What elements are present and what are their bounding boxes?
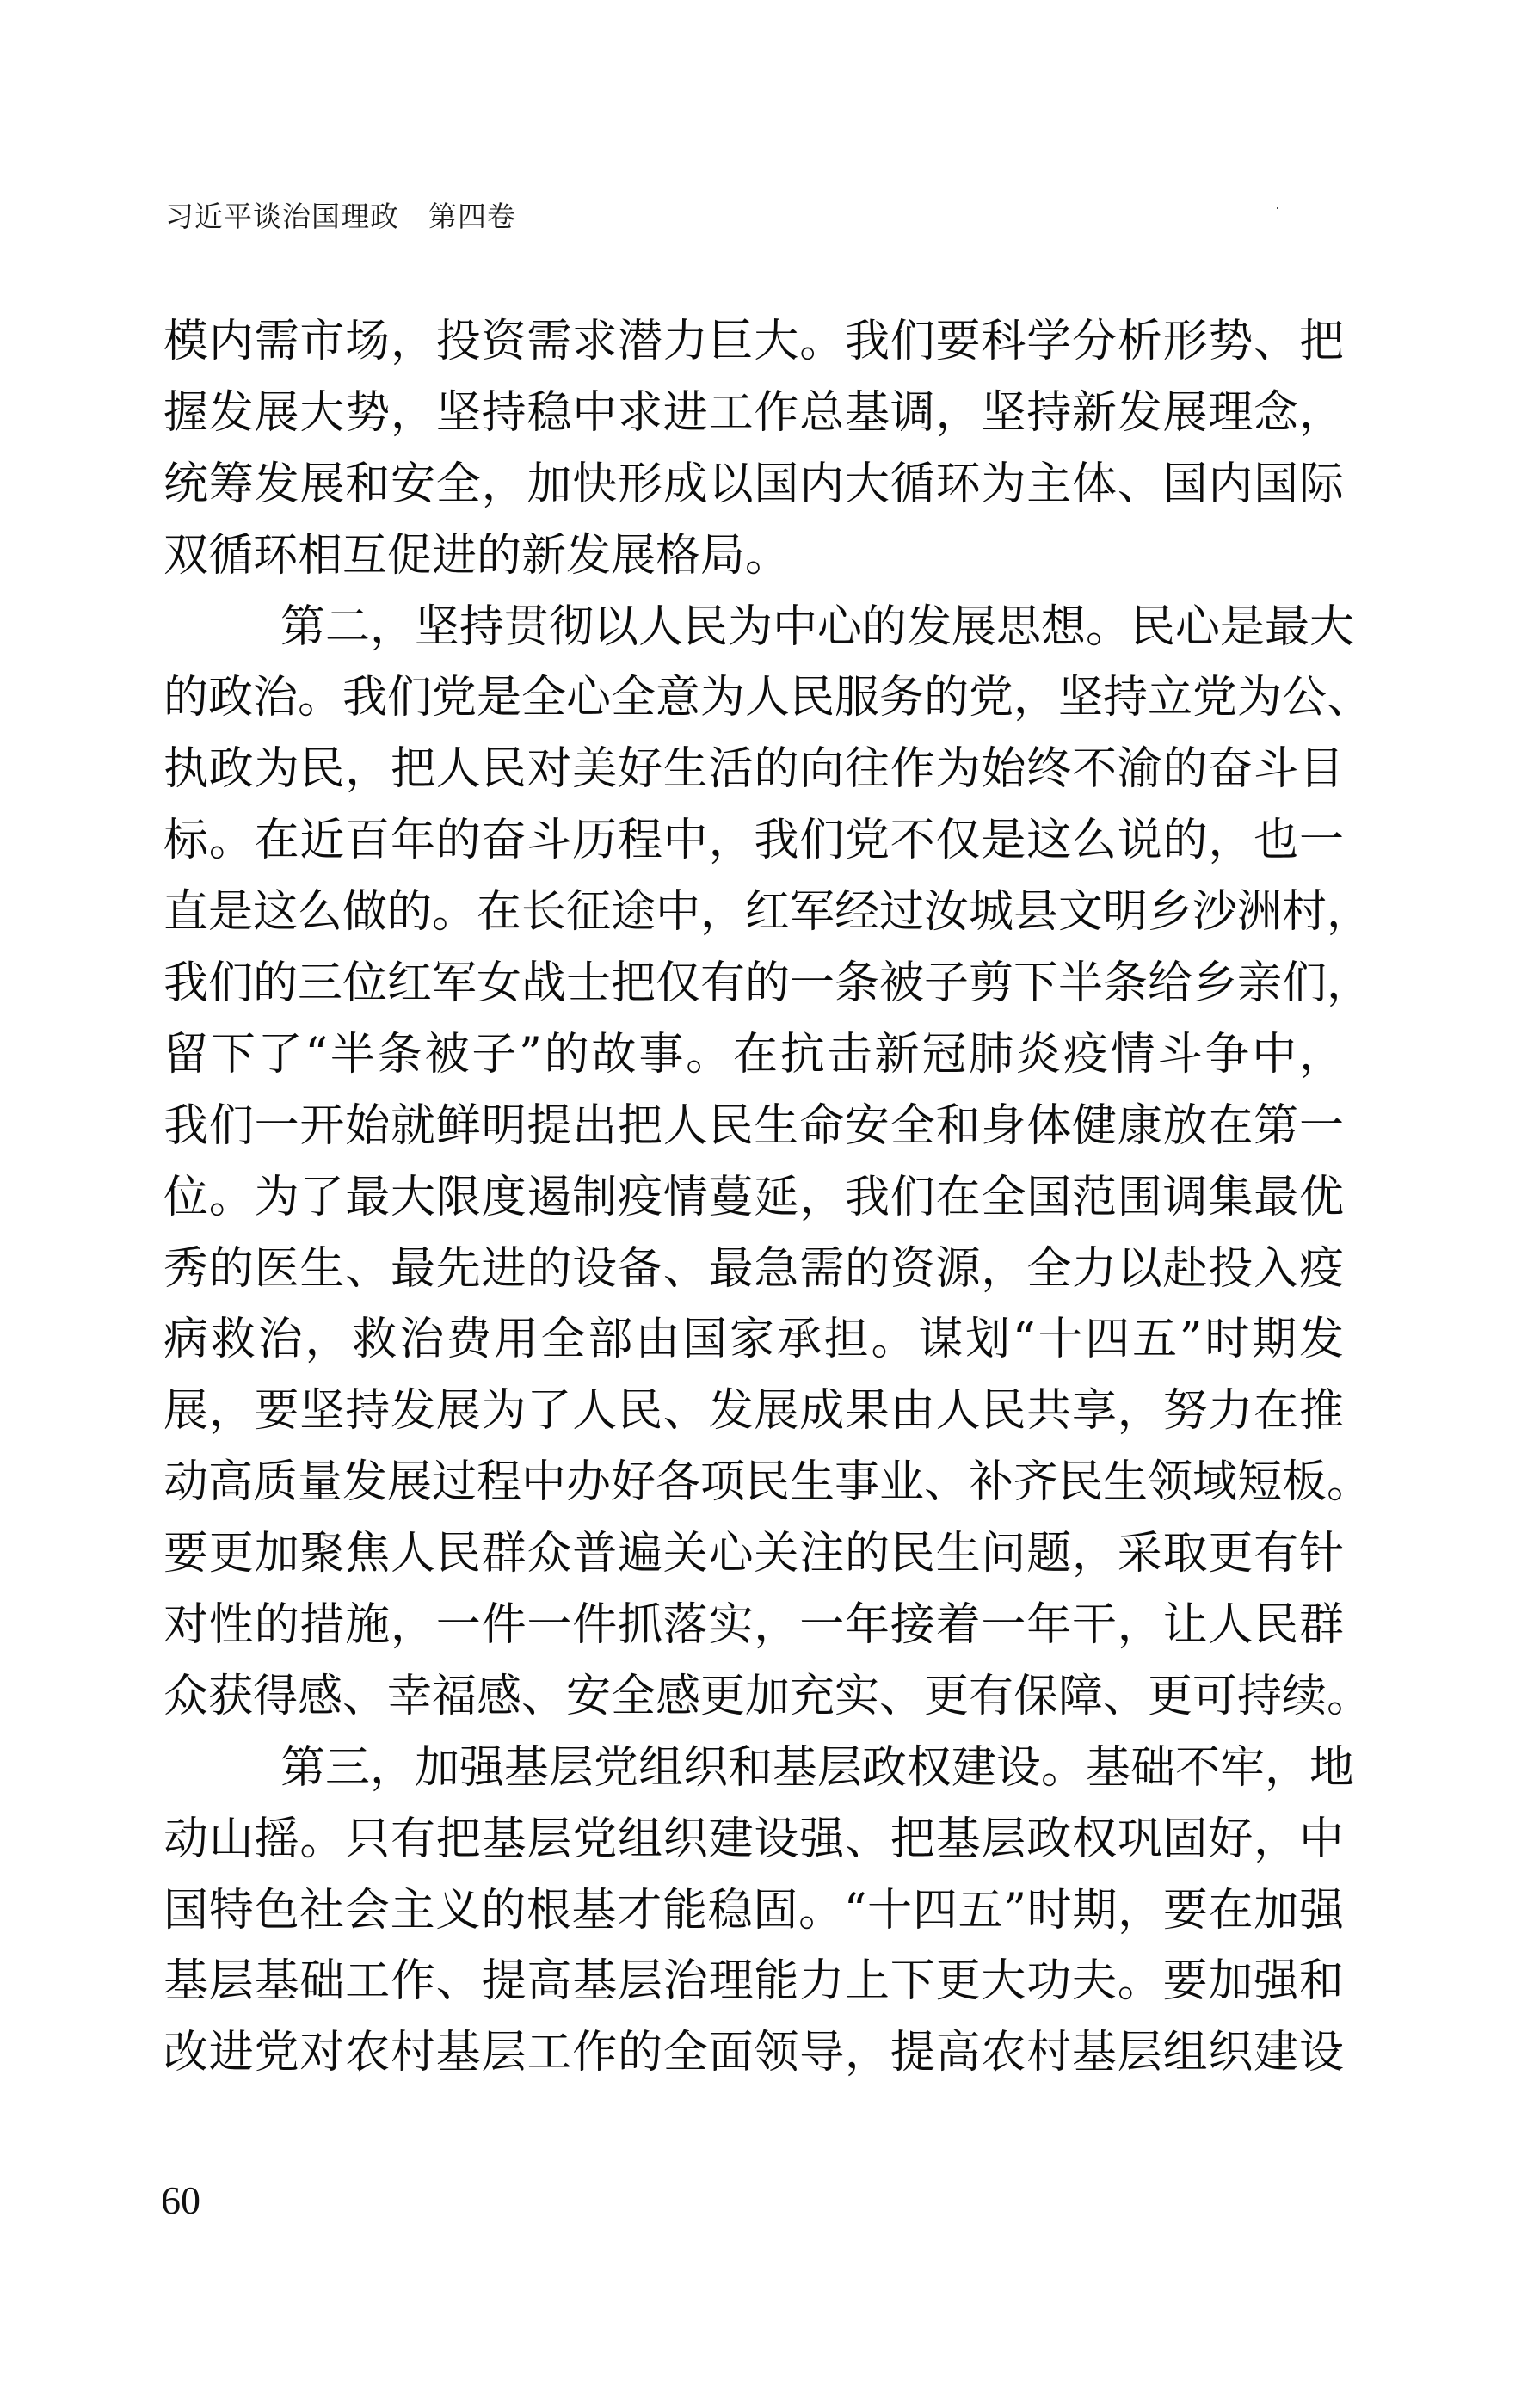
volume-label: 第四卷 — [428, 200, 516, 233]
book-title: 习近平谈治国理政 — [165, 200, 399, 233]
text-line: 众获得感、幸福感、安全感更加充实、更有保障、更可持续。 — [163, 1666, 1344, 1738]
text-line: 病救治，救治费用全部由国家承担。谋划“十四五”时期发 — [163, 1309, 1344, 1381]
text-line: 的政治。我们党是全心全意为人民服务的党，坚持立党为公、 — [163, 668, 1344, 739]
text-line: 直是这么做的。在长征途中，红军经过汝城县文明乡沙洲村， — [163, 882, 1344, 953]
text-line: 双循环相互促进的新发展格局。 — [163, 526, 1344, 597]
text-line: 留下了“半条被子”的故事。在抗击新冠肺炎疫情斗争中， — [163, 1025, 1344, 1096]
text-line: 动高质量发展过程中办好各项民生事业、补齐民生领域短板。 — [163, 1452, 1344, 1524]
page-number: 60 — [161, 2179, 200, 2222]
text-line: 标。在近百年的奋斗历程中，我们党不仅是这么说的，也一 — [163, 810, 1344, 882]
body-text: 模内需市场，投资需求潜力巨大。我们要科学分析形势、把 握发展大势，坚持稳中求进工… — [163, 311, 1344, 2094]
text-line: 握发展大势，坚持稳中求进工作总基调，坚持新发展理念， — [163, 383, 1344, 454]
paragraph-start-line: 第二，坚持贯彻以人民为中心的发展思想。民心是最大 — [163, 597, 1344, 668]
text-line: 展，要坚持发展为了人民、发展成果由人民共享，努力在推 — [163, 1381, 1344, 1452]
text-line: 要更加聚焦人民群众普遍关心关注的民生问题，采取更有针 — [163, 1524, 1344, 1595]
scan-speck — [1277, 207, 1278, 209]
text-line: 位。为了最大限度遏制疫情蔓延，我们在全国范围调集最优 — [163, 1167, 1344, 1239]
paragraph-start-line: 第三，加强基层党组织和基层政权建设。基础不牢，地 — [163, 1738, 1344, 1809]
text-line: 动山摇。只有把基层党组织建设强、把基层政权巩固好，中 — [163, 1809, 1344, 1881]
text-line: 国特色社会主义的根基才能稳固。“十四五”时期，要在加强 — [163, 1881, 1344, 1952]
text-line: 我们一开始就鲜明提出把人民生命安全和身体健康放在第一 — [163, 1096, 1344, 1167]
text-line: 统筹发展和安全，加快形成以国内大循环为主体、国内国际 — [163, 454, 1344, 526]
text-line: 对性的措施，一件一件抓落实，一年接着一年干，让人民群 — [163, 1595, 1344, 1666]
text-line: 秀的医生、最先进的设备、最急需的资源，全力以赴投入疫 — [163, 1239, 1344, 1310]
text-line: 模内需市场，投资需求潜力巨大。我们要科学分析形势、把 — [163, 311, 1344, 383]
running-header: 习近平谈治国理政第四卷 — [165, 200, 516, 234]
text-line: 我们的三位红军女战士把仅有的一条被子剪下半条给乡亲们， — [163, 953, 1344, 1025]
text-line: 基层基础工作、提高基层治理能力上下更大功夫。要加强和 — [163, 1951, 1344, 2023]
text-line: 改进党对农村基层工作的全面领导，提高农村基层组织建设 — [163, 2023, 1344, 2094]
text-line: 执政为民，把人民对美好生活的向往作为始终不渝的奋斗目 — [163, 739, 1344, 810]
